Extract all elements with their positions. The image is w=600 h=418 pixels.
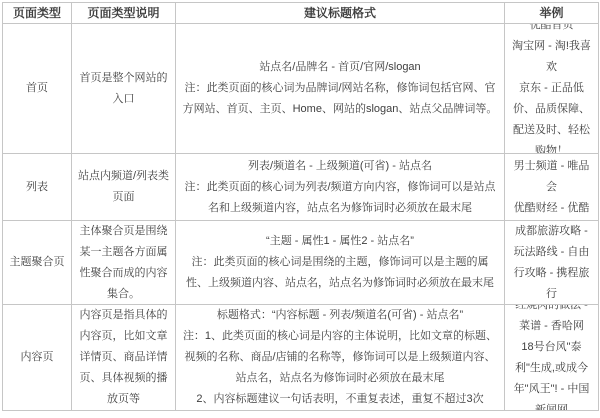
description-text: 内容页是指具体的内容页，比如文章详情页、商品详情页、具体视频的播放页等 bbox=[77, 305, 170, 410]
header-label: 举例 bbox=[510, 3, 593, 23]
cell-format-list: 列表/频道名 - 上级频道(可省) - 站点名 注：此类页面的核心词为列表/频道… bbox=[176, 154, 505, 221]
description-text: 站点内频道/列表类页面 bbox=[77, 166, 170, 208]
page-type-label: 内容页 bbox=[8, 347, 66, 368]
example-item: 红烧肉的做法 - 菜谱 - 香哈网 bbox=[510, 305, 593, 337]
example-item: 男士频道 - 唯品会 bbox=[510, 156, 593, 198]
header-label: 建议标题格式 bbox=[181, 3, 499, 23]
cell-examples-list: 男士频道 - 唯品会 优酷财经 - 优酷 bbox=[505, 154, 599, 221]
cell-page-type-list: 列表 bbox=[3, 154, 72, 221]
cell-examples-content: 红烧肉的做法 - 菜谱 - 香哈网 18号台风"泰利"生成,或成今年"风王"! … bbox=[505, 305, 599, 411]
format-title: 列表/频道名 - 上级频道(可省) - 站点名 bbox=[181, 156, 499, 177]
cell-description-topic-aggregation: 主体聚合页是围绕某一主题各方面属性聚合而成的内容集合。 bbox=[72, 221, 176, 305]
format-note: 注：此类页面的核心词为列表/频道方向内容，修饰词可以是站点名和上级频道内容，站点… bbox=[181, 177, 499, 219]
description-text: 首页是整个网站的入口 bbox=[77, 68, 170, 110]
example-item: 优酷财经 - 优酷 bbox=[510, 198, 593, 219]
example-item: 18号台风"泰利"生成,或成今年"风王"! - 中国新闻网 bbox=[510, 337, 593, 412]
cell-page-type-homepage: 首页 bbox=[3, 24, 72, 154]
page-type-label: 主题聚合页 bbox=[8, 252, 66, 273]
header-label: 页面类型 bbox=[8, 3, 66, 23]
format-title: 站点名/品牌名 - 首页/官网/slogan bbox=[181, 57, 499, 78]
cell-examples-topic-aggregation: 成都旅游攻略 - 玩法路线 - 自由行攻略 - 携程旅行 bbox=[505, 221, 599, 305]
cell-format-content: 标题格式：“内容标题 - 列表/频道名(可省) - 站点名” 注：1、此类页面的… bbox=[176, 305, 505, 411]
cell-format-homepage: 站点名/品牌名 - 首页/官网/slogan 注：此类页面的核心词为品牌词/网站… bbox=[176, 24, 505, 154]
cell-description-content: 内容页是指具体的内容页，比如文章详情页、商品详情页、具体视频的播放页等 bbox=[72, 305, 176, 411]
format-title: 标题格式：“内容标题 - 列表/频道名(可省) - 站点名” bbox=[181, 305, 499, 326]
header-page-type: 页面类型 bbox=[3, 3, 72, 24]
format-note: 注：此类页面的核心词为品牌词/网站名称，修饰词包括官网、官方网站、首页、主页、H… bbox=[181, 78, 499, 120]
header-label: 页面类型说明 bbox=[77, 3, 170, 23]
header-page-type-description: 页面类型说明 bbox=[72, 3, 176, 24]
cell-examples-homepage: 优酷首页 淘宝网 - 淘!我喜欢 京东 - 正品低价、品质保障、配送及时、轻松购… bbox=[505, 24, 599, 154]
example-item: 优酷首页 bbox=[510, 24, 593, 36]
cell-page-type-topic-aggregation: 主题聚合页 bbox=[3, 221, 72, 305]
page-type-label: 首页 bbox=[8, 78, 66, 99]
cell-page-type-content: 内容页 bbox=[3, 305, 72, 411]
example-item: 淘宝网 - 淘!我喜欢 bbox=[510, 36, 593, 78]
document-page: 页面类型 页面类型说明 建议标题格式 举例 首页 首页是整个网站的入口 站点名/… bbox=[0, 0, 600, 418]
description-text: 主体聚合页是围绕某一主题各方面属性聚合而成的内容集合。 bbox=[77, 221, 170, 305]
format-title: “主题 - 属性1 - 属性2 - 站点名” bbox=[181, 231, 499, 252]
format-note: 2、内容标题建议一句话表明，不重复表述，重复不超过3次 bbox=[181, 389, 499, 410]
example-item: 京东 - 正品低价、品质保障、配送及时、轻松购物！ bbox=[510, 78, 593, 154]
title-format-table: 页面类型 页面类型说明 建议标题格式 举例 首页 首页是整个网站的入口 站点名/… bbox=[2, 2, 599, 411]
format-note: 注：1、此类页面的核心词是内容的主体说明，比如文章的标题、视频的名称、商品/店铺… bbox=[181, 326, 499, 389]
header-examples: 举例 bbox=[505, 3, 599, 24]
page-type-label: 列表 bbox=[8, 177, 66, 198]
header-suggested-title-format: 建议标题格式 bbox=[176, 3, 505, 24]
cell-description-list: 站点内频道/列表类页面 bbox=[72, 154, 176, 221]
cell-description-homepage: 首页是整个网站的入口 bbox=[72, 24, 176, 154]
example-item: 成都旅游攻略 - 玩法路线 - 自由行攻略 - 携程旅行 bbox=[510, 221, 593, 305]
cell-format-topic-aggregation: “主题 - 属性1 - 属性2 - 站点名” 注：此类页面的核心词是围绕的主题，… bbox=[176, 221, 505, 305]
format-note: 注：此类页面的核心词是围绕的主题，修饰词可以是主题的属性、上级频道内容、站点名，… bbox=[181, 252, 499, 294]
